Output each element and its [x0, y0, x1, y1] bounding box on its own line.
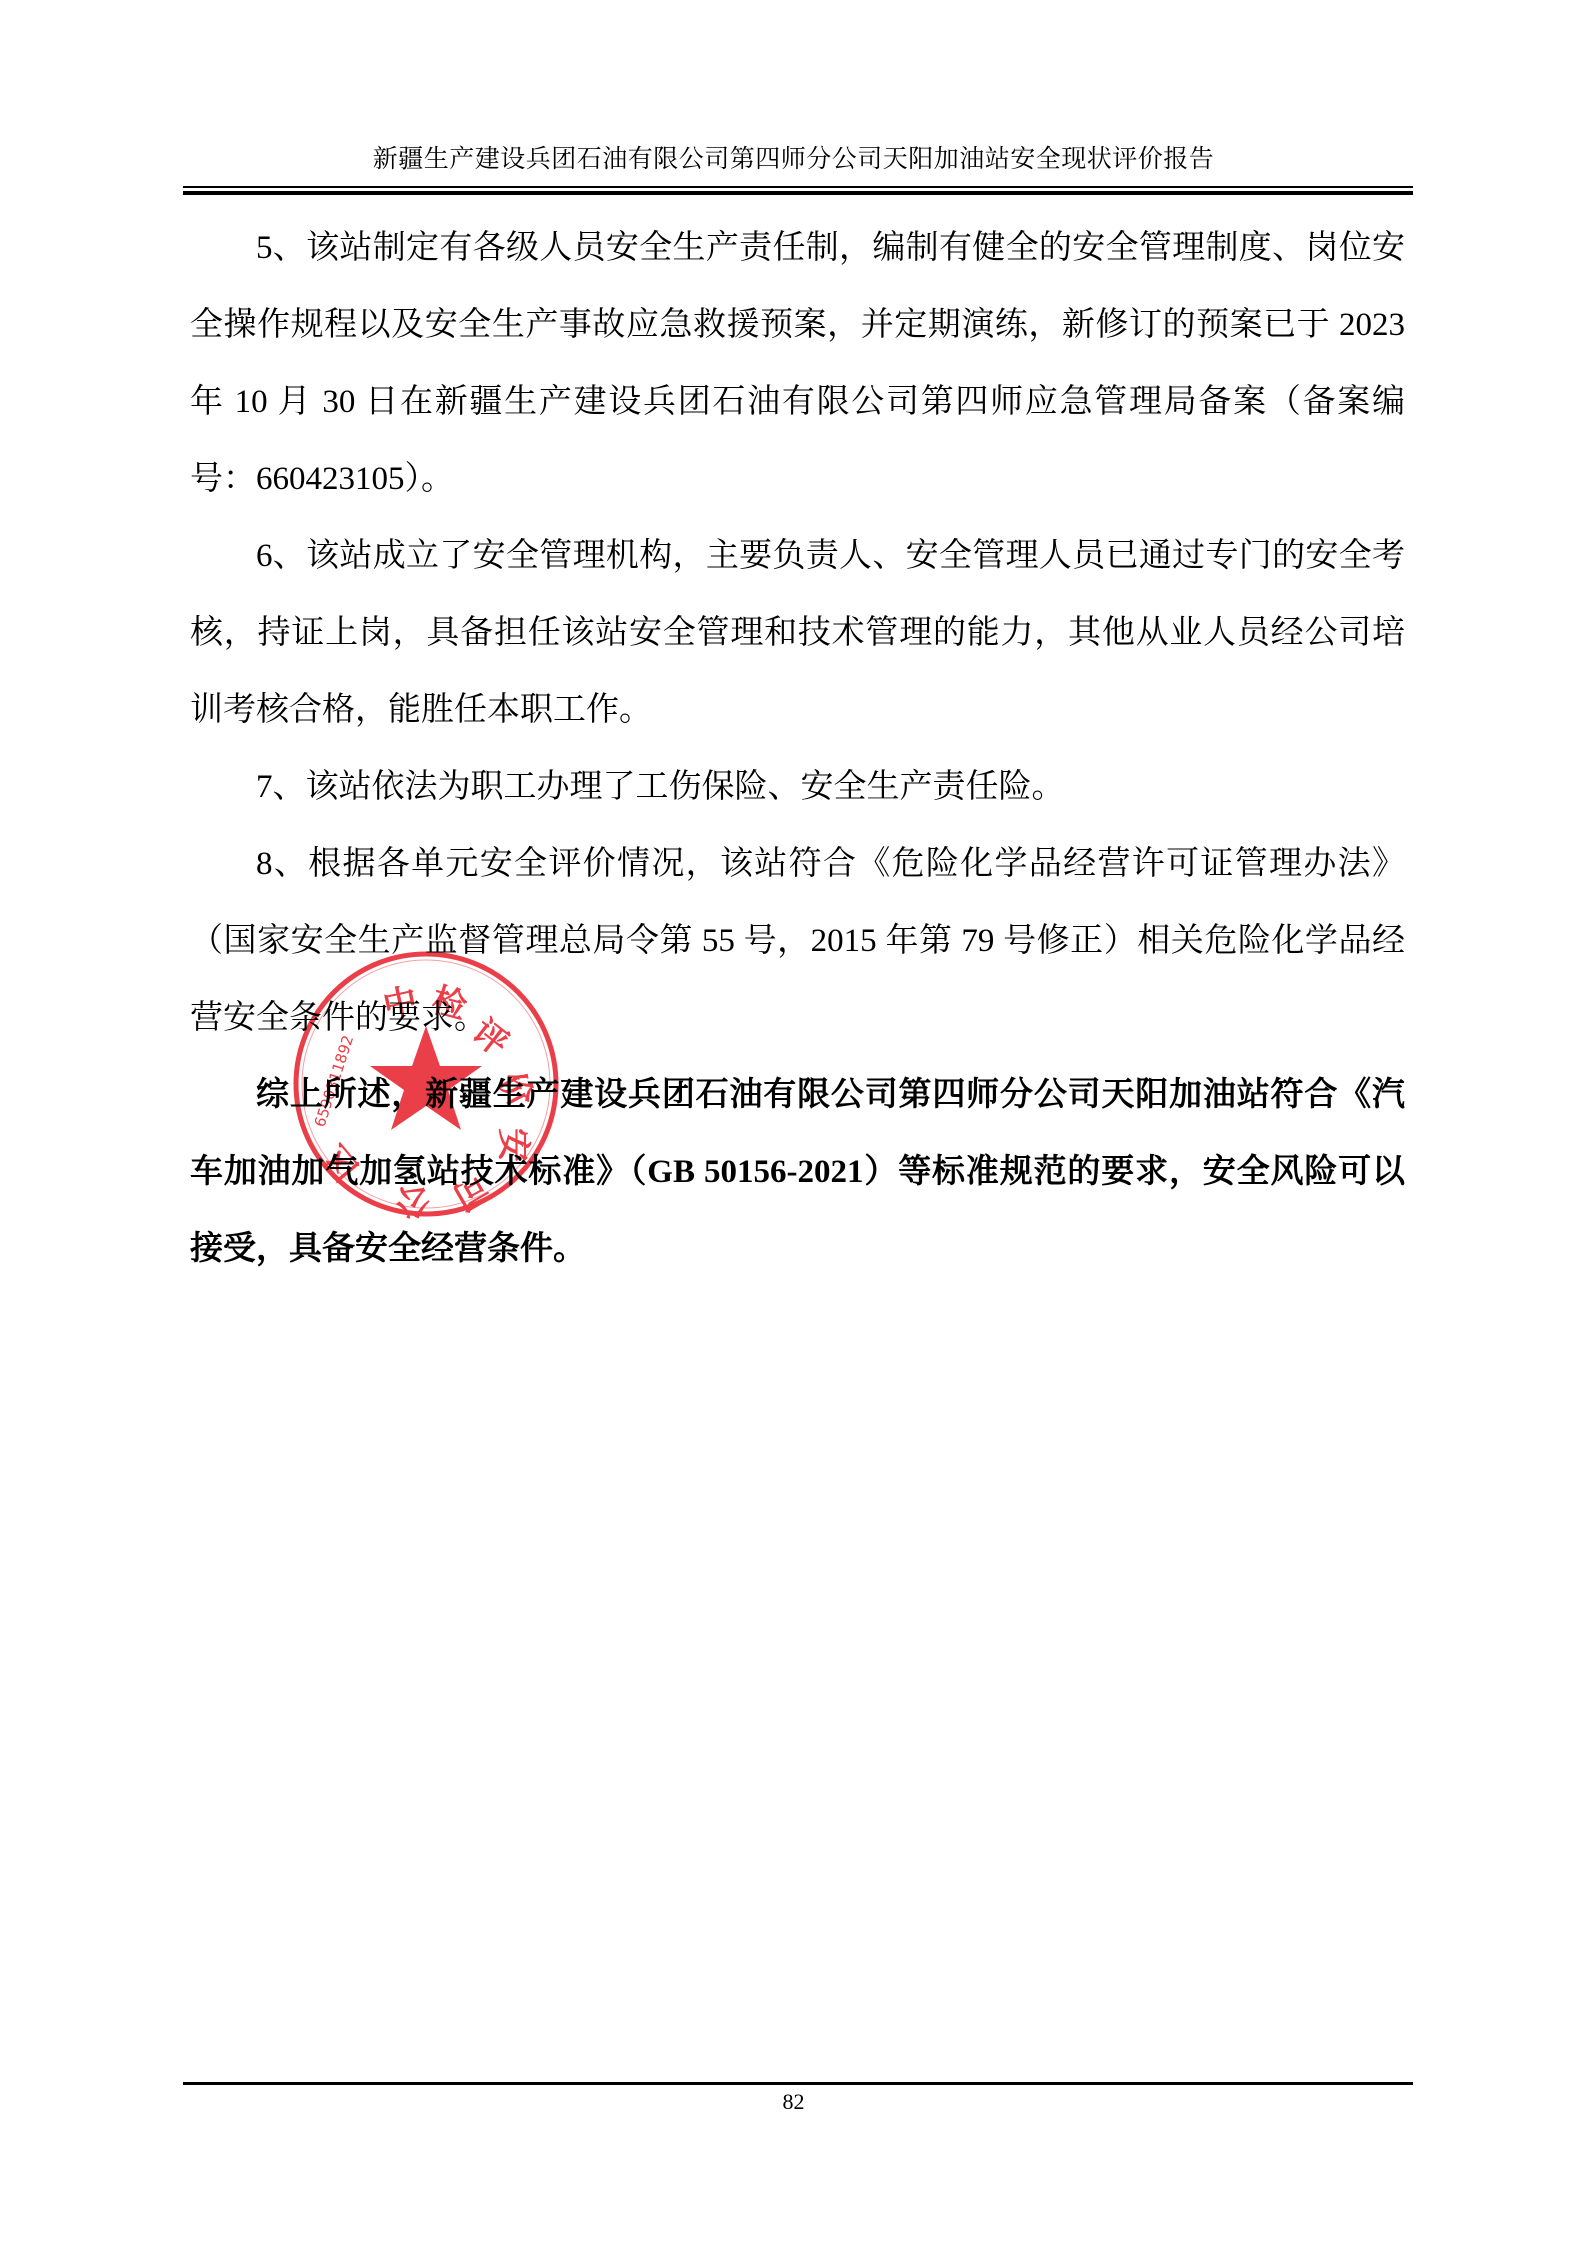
- report-header-title: 新疆生产建设兵团石油有限公司第四师分公司天阳加油站安全现状评价报告: [0, 143, 1587, 177]
- header-divider-thin: [183, 186, 1413, 188]
- footer-divider: [183, 2082, 1413, 2085]
- paragraph-8-license-compliance: 8、根据各单元安全评价情况，该站符合《危险化学品经营许可证管理办法》（国家安全生…: [190, 826, 1405, 1057]
- paragraph-6-safety-organization: 6、该站成立了安全管理机构，主要负责人、安全管理人员已通过专门的安全考核，持证上…: [190, 518, 1405, 749]
- header-divider-thick: [183, 191, 1413, 195]
- paragraph-conclusion: 综上所述，新疆生产建设兵团石油有限公司第四师分公司天阳加油站符合《汽车加油加气加…: [190, 1057, 1405, 1288]
- paragraph-5-safety-responsibility: 5、该站制定有各级人员安全生产责任制，编制有健全的安全管理制度、岗位安全操作规程…: [190, 210, 1405, 518]
- report-body: 5、该站制定有各级人员安全生产责任制，编制有健全的安全管理制度、岗位安全操作规程…: [190, 210, 1405, 1288]
- page-number: 82: [0, 2088, 1587, 2116]
- paragraph-7-insurance: 7、该站依法为职工办理了工伤保险、安全生产责任险。: [190, 749, 1405, 826]
